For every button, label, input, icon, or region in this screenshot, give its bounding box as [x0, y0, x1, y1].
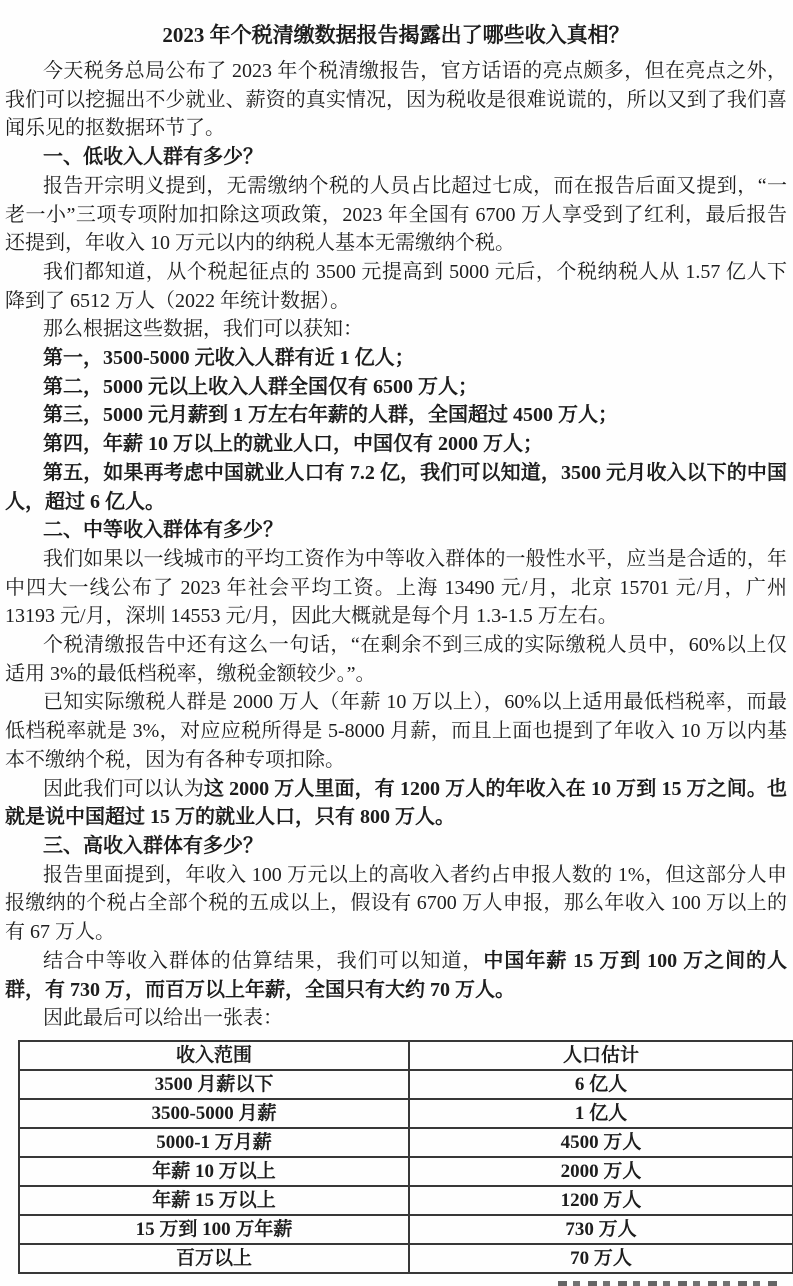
paragraph: 第四，年薪 10 万以上的就业人口，中国仅有 2000 万人；	[5, 430, 787, 459]
paragraph: 报告开宗明义提到，无需缴纳个税的人员占比超过七成，而在报告后面又提到，“一老一小…	[5, 172, 787, 258]
table-row: 5000-1 万月薪4500 万人	[19, 1128, 793, 1157]
cell-population-estimate: 1 亿人	[409, 1099, 793, 1128]
table-row: 年薪 10 万以上2000 万人	[19, 1157, 793, 1186]
cell-population-estimate: 1200 万人	[409, 1186, 793, 1215]
income-table: 收入范围 人口估计 3500 月薪以下6 亿人3500-5000 月薪1 亿人5…	[18, 1040, 793, 1274]
cutoff-text-fragment	[558, 1281, 783, 1286]
emphasized-text: 第四，年薪 10 万以上的就业人口，中国仅有 2000 万人；	[43, 433, 543, 455]
paragraph: 我们都知道，从个税起征点的 3500 元提高到 5000 元后，个税纳税人从 1…	[5, 258, 787, 315]
cell-population-estimate: 4500 万人	[409, 1128, 793, 1157]
body-text: 因此我们可以认为	[43, 778, 204, 800]
cell-income-range: 3500 月薪以下	[19, 1070, 409, 1099]
table-header-row: 收入范围 人口估计	[19, 1041, 793, 1070]
emphasized-text: 第一，3500-5000 元收入人群有近 1 亿人；	[43, 347, 415, 369]
paragraph: 第三，5000 元月薪到 1 万左右年薪的人群，全国超过 4500 万人；	[5, 401, 787, 430]
document-title: 2023 年个税清缴数据报告揭露出了哪些收入真相？	[5, 20, 787, 50]
body-text: 结合中等收入群体的估算结果，我们可以知道，	[43, 950, 483, 972]
paragraph: 第二，5000 元以上收入人群全国仅有 6500 万人；	[5, 373, 787, 402]
paragraph: 因此最后可以给出一张表：	[5, 1004, 787, 1033]
table-header-population-estimate: 人口估计	[409, 1041, 793, 1070]
cell-income-range: 年薪 15 万以上	[19, 1186, 409, 1215]
paragraph: 结合中等收入群体的估算结果，我们可以知道，中国年薪 15 万到 100 万之间的…	[5, 947, 787, 1004]
body-text: 那么根据这些数据，我们可以获知：	[43, 318, 363, 340]
paragraph: 第五，如果再考虑中国就业人口有 7.2 亿，我们可以知道，3500 元月收入以下…	[5, 459, 787, 516]
table-row: 15 万到 100 万年薪730 万人	[19, 1215, 793, 1244]
emphasized-text: 三、高收入群体有多少？	[43, 835, 263, 857]
paragraph: 那么根据这些数据，我们可以获知：	[5, 315, 787, 344]
body-text: 今天税务总局公布了 2023 年个税清缴报告，官方话语的亮点颇多，但在亮点之外，…	[5, 60, 787, 139]
paragraph: 第一，3500-5000 元收入人群有近 1 亿人；	[5, 344, 787, 373]
cell-population-estimate: 730 万人	[409, 1215, 793, 1244]
document-page: 2023 年个税清缴数据报告揭露出了哪些收入真相？ 今天税务总局公布了 2023…	[0, 0, 793, 1286]
section-heading: 二、中等收入群体有多少？	[5, 516, 787, 545]
emphasized-text: 第三，5000 元月薪到 1 万左右年薪的人群，全国超过 4500 万人；	[43, 404, 618, 426]
paragraph: 已知实际缴税人群是 2000 万人（年薪 10 万以上），60%以上适用最低档税…	[5, 688, 787, 774]
emphasized-text: 二、中等收入群体有多少？	[43, 519, 283, 541]
section-heading: 一、低收入人群有多少？	[5, 143, 787, 172]
section-heading: 三、高收入群体有多少？	[5, 832, 787, 861]
paragraph: 因此我们可以认为这 2000 万人里面，有 1200 万人的年收入在 10 万到…	[5, 775, 787, 832]
cell-population-estimate: 2000 万人	[409, 1157, 793, 1186]
cell-income-range: 5000-1 万月薪	[19, 1128, 409, 1157]
income-table-body: 3500 月薪以下6 亿人3500-5000 月薪1 亿人5000-1 万月薪4…	[19, 1070, 793, 1273]
table-row: 3500 月薪以下6 亿人	[19, 1070, 793, 1099]
cell-income-range: 百万以上	[19, 1244, 409, 1273]
article-body: 今天税务总局公布了 2023 年个税清缴报告，官方话语的亮点颇多，但在亮点之外，…	[5, 57, 787, 1033]
table-header-income-range: 收入范围	[19, 1041, 409, 1070]
body-text: 已知实际缴税人群是 2000 万人（年薪 10 万以上），60%以上适用最低档税…	[5, 691, 787, 770]
cell-income-range: 15 万到 100 万年薪	[19, 1215, 409, 1244]
paragraph: 今天税务总局公布了 2023 年个税清缴报告，官方话语的亮点颇多，但在亮点之外，…	[5, 57, 787, 143]
body-text: 个税清缴报告中还有这么一句话，“在剩余不到三成的实际缴税人员中，60%以上仅适用…	[5, 634, 787, 685]
emphasized-text: 第二，5000 元以上收入人群全国仅有 6500 万人；	[43, 376, 478, 398]
cell-income-range: 年薪 10 万以上	[19, 1157, 409, 1186]
paragraph: 报告里面提到，年收入 100 万元以上的高收入者约占申报人数的 1%，但这部分人…	[5, 861, 787, 947]
paragraph: 我们如果以一线城市的平均工资作为中等收入群体的一般性水平，应当是合适的，年中四大…	[5, 545, 787, 631]
cell-income-range: 3500-5000 月薪	[19, 1099, 409, 1128]
cell-population-estimate: 70 万人	[409, 1244, 793, 1273]
emphasized-text: 第五，如果再考虑中国就业人口有 7.2 亿，我们可以知道，3500 元月收入以下…	[5, 462, 787, 513]
body-text: 报告里面提到，年收入 100 万元以上的高收入者约占申报人数的 1%，但这部分人…	[5, 864, 787, 943]
table-row: 年薪 15 万以上1200 万人	[19, 1186, 793, 1215]
body-text: 因此最后可以给出一张表：	[43, 1007, 283, 1029]
paragraph: 个税清缴报告中还有这么一句话，“在剩余不到三成的实际缴税人员中，60%以上仅适用…	[5, 631, 787, 688]
body-text: 我们如果以一线城市的平均工资作为中等收入群体的一般性水平，应当是合适的，年中四大…	[5, 548, 787, 627]
document-content: 2023 年个税清缴数据报告揭露出了哪些收入真相？ 今天税务总局公布了 2023…	[0, 0, 793, 1274]
body-text: 我们都知道，从个税起征点的 3500 元提高到 5000 元后，个税纳税人从 1…	[5, 261, 787, 312]
body-text: 报告开宗明义提到，无需缴纳个税的人员占比超过七成，而在报告后面又提到，“一老一小…	[5, 175, 787, 254]
cell-population-estimate: 6 亿人	[409, 1070, 793, 1099]
table-row: 3500-5000 月薪1 亿人	[19, 1099, 793, 1128]
emphasized-text: 一、低收入人群有多少？	[43, 146, 263, 168]
table-row: 百万以上70 万人	[19, 1244, 793, 1273]
